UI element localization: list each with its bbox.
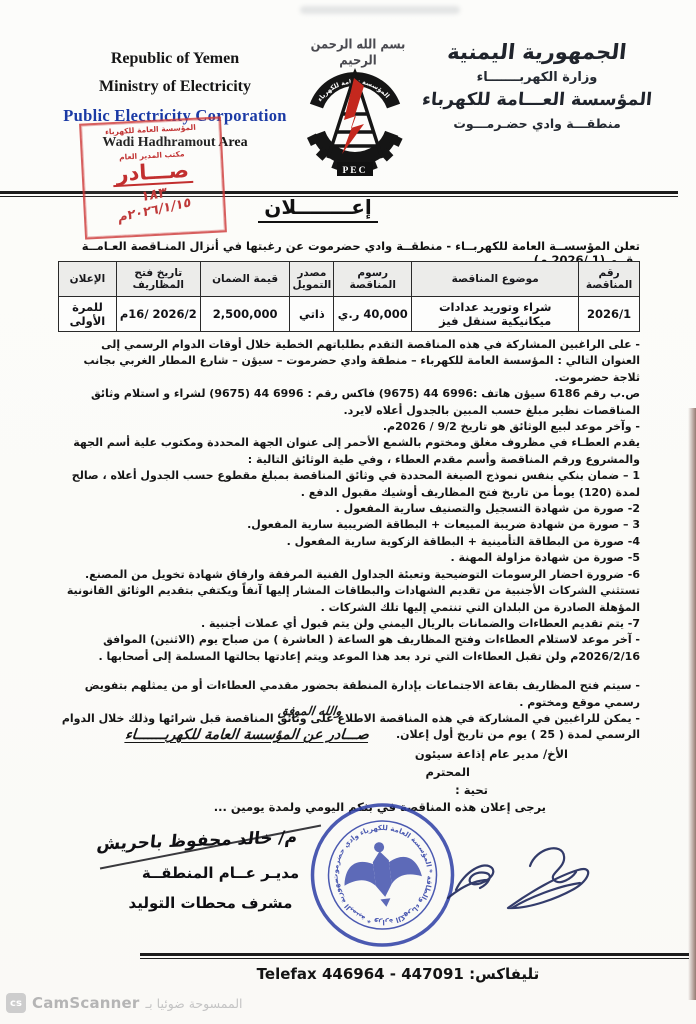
camscanner-name: CamScanner (32, 994, 140, 1012)
letterhead-arabic: الجمهورية اليمنية وزارة الكهربـــــــاء … (412, 40, 662, 131)
signer-title-2: مشرف محطات التوليد (98, 894, 323, 912)
addressee-greeting: تحية : (455, 783, 488, 797)
pec-label: PEC (343, 166, 368, 176)
addressee-respected: المحترم (425, 765, 470, 779)
camscanner-watermark: cs CamScanner الممسوحة ضوئيا بـ (6, 993, 243, 1013)
col-tender-subject: موضوع المناقصة (412, 262, 579, 297)
ministry-name-en: Ministry of Electricity (32, 78, 318, 96)
corporation-name-ar: المؤسسة العـــامة للكهرباء (411, 90, 663, 110)
pec-logo-icon: المؤسسة العامة للكهرباء PEC (290, 62, 420, 188)
tender-table: رقم المناقصة موضوع المناقصة رسوم المناقص… (58, 261, 640, 332)
announcement-title: إعــــــــلان (258, 195, 378, 223)
cell-tender-fees: 40,000 ر.ي (334, 297, 412, 332)
condition-line: 1 – ضمان بنكي بنفس نموذج الصيغة المحددة … (60, 468, 640, 501)
area-name-ar: منطقـــة وادي حضـرمـــوت (412, 116, 662, 131)
scan-smudge (300, 6, 460, 14)
condition-line: يقدم العطـاء في مظروف مغلق ومختوم بالشمع… (60, 435, 640, 468)
signer-name: م/ خالد محفوظ باحريش (71, 827, 323, 856)
scanned-tender-announcement: Republic of Yemen Ministry of Electricit… (0, 0, 696, 1024)
camscanner-arabic-label: الممسوحة ضوئيا بـ (146, 996, 243, 1011)
condition-line: 7- يتم تقديم العطاءات والضمانات بالريال … (60, 616, 640, 632)
condition-line: تستثني الشركات الأجنبية من تقديم الشهادا… (60, 583, 640, 616)
country-name-en: Republic of Yemen (32, 50, 318, 68)
ministry-name-ar: وزارة الكهربـــــــاء (412, 70, 662, 85)
col-opening-date: تاريخ فتح المظاريف (116, 262, 200, 297)
col-announcement: الإعلان (59, 262, 117, 297)
condition-line: 2- صورة من شهادة التسجيل والتصنيف سارية … (60, 501, 640, 517)
stamp-org-line: المؤسسة العامة للكهرباء (81, 121, 219, 137)
cell-guarantee-value: 2,500,000 (200, 297, 290, 332)
cell-announcement: للمرة الأولى (59, 297, 117, 332)
handwritten-signature (438, 828, 608, 942)
camscanner-icon: cs (6, 993, 26, 1013)
condition-line: - على الراغبين المشاركة في هذه المناقصة … (60, 337, 640, 386)
condition-line: 5- صورة من شهادة مزاولة المهنة . (60, 550, 640, 566)
svg-text:الجمهورية اليمنية * وزارة الكه: الجمهورية اليمنية * وزارة الكهرباء والطا… (289, 787, 440, 936)
table-header-row: رقم المناقصة موضوع المناقصة رسوم المناقص… (59, 262, 640, 297)
lightning-bolt-icon (342, 78, 364, 154)
conditions-text: - على الراغبين المشاركة في هذه المناقصة … (60, 337, 640, 744)
condition-line: 4- صورة من البطاقة التأمينية + البطاقة ا… (60, 534, 640, 550)
cell-tender-number: 2026/1 (579, 297, 640, 332)
signer-title-1: مديـر عــام المنطقــة (118, 864, 323, 882)
condition-line: - وآخر موعد لبيع الوثائق هو تاريخ 9/2 / … (60, 419, 640, 435)
stamp-ring-text: الجمهورية اليمنية * وزارة الكهرباء والطا… (289, 787, 440, 936)
addressee-name: الأخ/ مدير عام إذاعة سيئون (415, 747, 568, 761)
country-name-ar: الجمهورية اليمنية (411, 40, 664, 64)
cell-tender-subject: شراء وتوريد عدادات ميكانيكية سنقل فيز (412, 297, 579, 332)
telefax-line: تليفاكس: Telefax 446964 - 447091 (178, 965, 618, 983)
col-tender-number: رقم المناقصة (579, 262, 640, 297)
tawfiq-line: والله الموفق (129, 704, 491, 718)
footer-divider (140, 953, 689, 959)
scan-edge-shadow (688, 408, 696, 1000)
condition-line: 6- ضرورة احضار الرسومات التوضيحية وتعبئة… (60, 567, 640, 583)
col-funding-source: مصدر التمويل (290, 262, 334, 297)
condition-line: 3 – صورة من شهادة ضريبة المبيعات + البطا… (60, 517, 640, 533)
cell-funding-source: ذاتي (290, 297, 334, 332)
col-tender-fees: رسوم المناقصة (334, 262, 412, 297)
condition-line: - آخر موعد لاستلام العطاءات وفتح المظاري… (60, 632, 640, 665)
table-row: 2026/1 شراء وتوريد عدادات ميكانيكية سنقل… (59, 297, 640, 332)
yemen-eagle-icon (340, 838, 425, 912)
issued-by-line: صـــادر عن المؤسسة العامة للكهربـــــــا… (91, 727, 403, 743)
sader-stamp: المؤسسة العامة للكهرباء مكتب المدير العا… (79, 116, 227, 239)
condition-line: ص.ب رقم 6186 سيؤن هاتف :6996 44 (9675) ف… (60, 386, 640, 419)
cell-opening-date: 2026/2 /16م (116, 297, 200, 332)
col-guarantee-value: قيمة الضمان (200, 262, 290, 297)
